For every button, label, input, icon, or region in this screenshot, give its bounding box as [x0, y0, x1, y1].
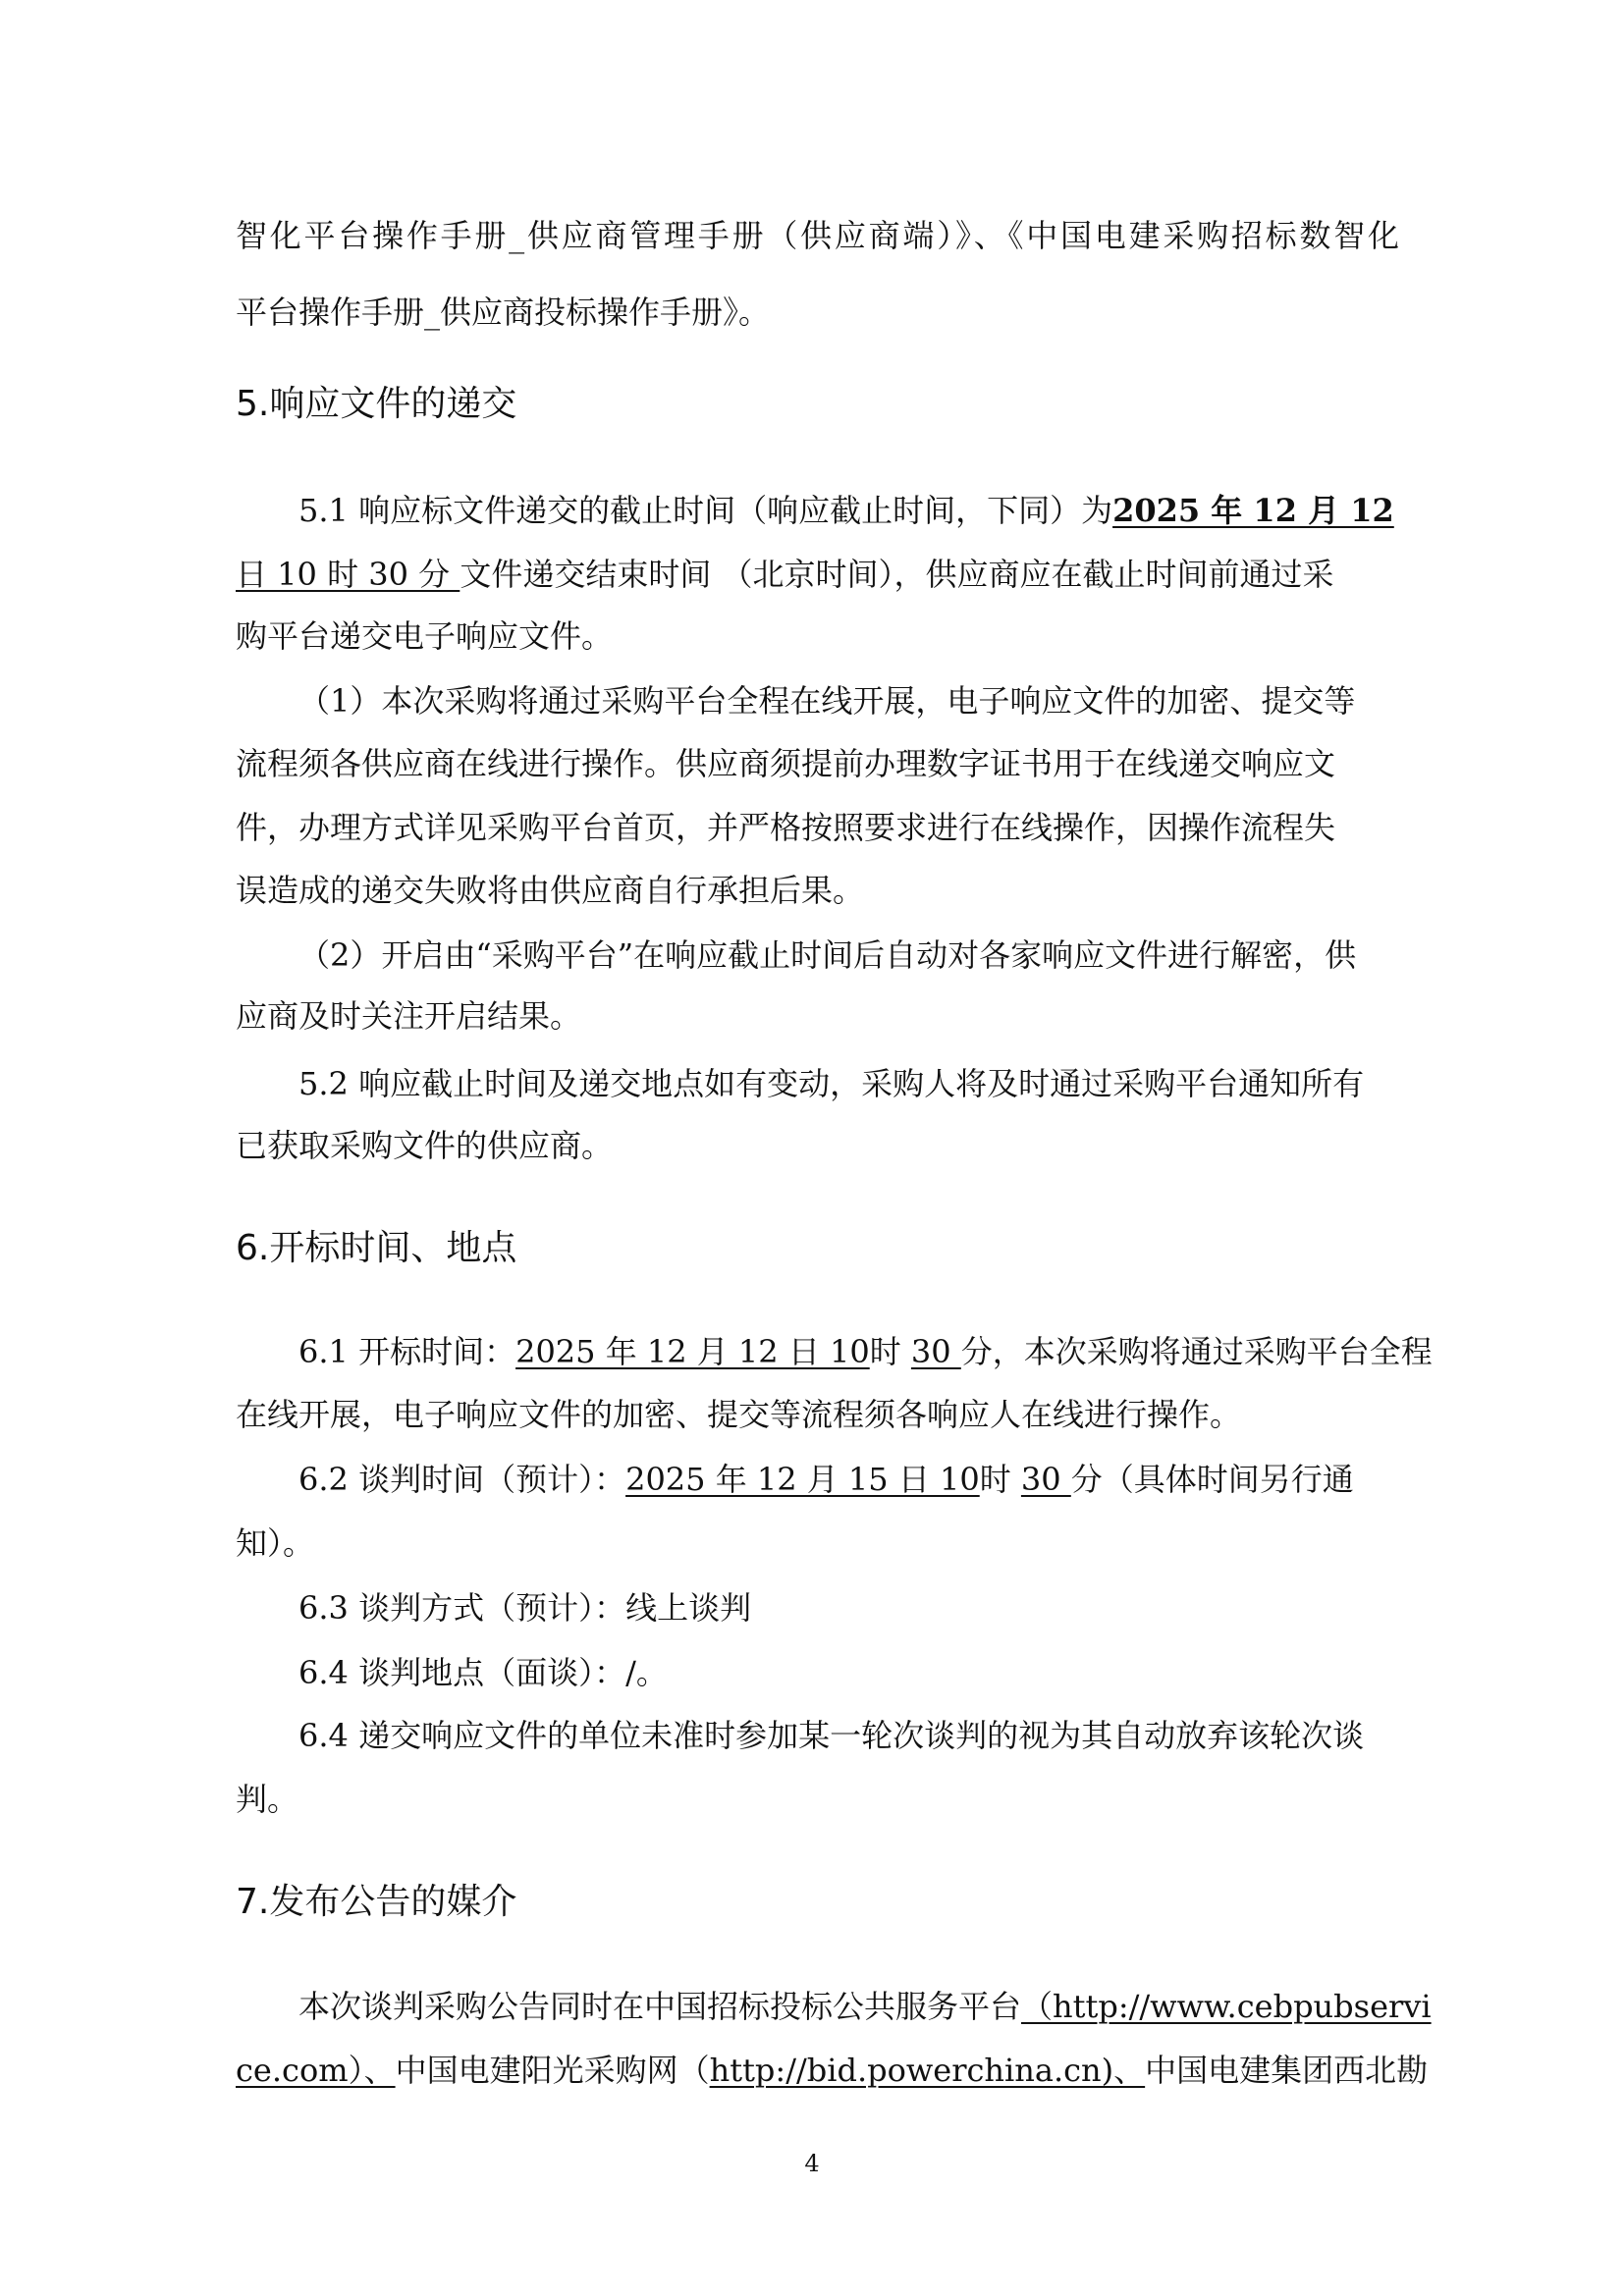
- para-7-prefix: 本次谈判采购公告同时在中国招标投标公共服务平台: [298, 1988, 1021, 2025]
- para-6-3: 6.3 谈判方式（预计）：线上谈判: [298, 1588, 1462, 1628]
- negotiation-minute: 30: [1021, 1461, 1071, 1498]
- para-6-1-line-1: 6.1 开标时间：2025 年 12 月 12 日 10时 30 分，本次采购将…: [298, 1332, 1462, 1371]
- para-6-2-line-1: 6.2 谈判时间（预计）：2025 年 12 月 15 日 10时 30 分（具…: [298, 1460, 1462, 1499]
- para-6-4b-line-1: 6.4 递交响应文件的单位未准时参加某一轮次谈判的视为其自动放弃该轮次谈: [298, 1716, 1462, 1755]
- para-6-4b-line-2: 判。: [236, 1780, 1399, 1819]
- para-5-2-line-2: 已获取采购文件的供应商。: [236, 1126, 1399, 1165]
- section-7-heading: 7.发布公告的媒介: [236, 1881, 516, 1924]
- hour-label: 时: [980, 1461, 1021, 1498]
- para-5-1-line-3: 购平台递交电子响应文件。: [236, 616, 1399, 656]
- item-2-line-2: 应商及时关注开启结果。: [236, 996, 1399, 1036]
- deadline-time: 日 10 时 30 分: [236, 556, 460, 593]
- cebpubservice-link-cont[interactable]: ce.com）、: [236, 2052, 396, 2089]
- opening-minute: 30: [911, 1333, 961, 1370]
- para-5-1-line-1: 5.1 响应标文件递交的截止时间（响应截止时间，下同）为2025 年 12 月 …: [298, 491, 1399, 530]
- deadline-date: 2025 年 12 月 12: [1112, 492, 1394, 529]
- intro-line-1: 智化平台操作手册_供应商管理手册（供应商端）》、《中国电建采购招标数智化: [236, 216, 1399, 255]
- para-6-1-prefix: 6.1 开标时间：: [298, 1333, 515, 1370]
- para-5-1-suffix: 文件递交结束时间 （北京时间），供应商应在截止时间前通过采: [460, 556, 1333, 593]
- powerchina-link[interactable]: http://bid.powerchina.cn)、: [710, 2052, 1146, 2089]
- para-7-line-1: 本次谈判采购公告同时在中国招标投标公共服务平台（http://www.cebpu…: [298, 1987, 1462, 2026]
- para-5-1-line-2: 日 10 时 30 分 文件递交结束时间 （北京时间），供应商应在截止时间前通过…: [236, 555, 1399, 594]
- para-6-4: 6.4 谈判地点（面谈）：/。: [298, 1653, 1462, 1692]
- para-7-line-2: ce.com）、中国电建阳光采购网（http://bid.powerchina.…: [236, 2051, 1399, 2090]
- para-5-2-line-1: 5.2 响应截止时间及递交地点如有变动，采购人将及时通过采购平台通知所有: [298, 1064, 1462, 1103]
- opening-date: 2025 年 12 月 12 日 10: [515, 1333, 870, 1370]
- item-1-line-4: 误造成的递交失败将由供应商自行承担后果。: [236, 871, 1399, 910]
- para-6-1-suffix: 分，本次采购将通过采购平台全程: [961, 1333, 1433, 1370]
- section-6-heading: 6.开标时间、地点: [236, 1227, 516, 1270]
- para-6-1-line-2: 在线开展，电子响应文件的加密、提交等流程须各响应人在线进行操作。: [236, 1395, 1399, 1434]
- para-6-2-suffix: 分（具体时间另行通: [1071, 1461, 1354, 1498]
- para-7-suffix: 中国电建集团西北勘: [1145, 2052, 1428, 2089]
- item-1-line-1: （1）本次采购将通过采购平台全程在线开展，电子响应文件的加密、提交等: [298, 681, 1462, 721]
- cebpubservice-link[interactable]: （http://www.cebpubservi: [1021, 1988, 1432, 2025]
- intro-line-2: 平台操作手册_供应商投标操作手册》。: [236, 293, 1399, 332]
- section-5-heading: 5.响应文件的递交: [236, 383, 516, 426]
- item-2-line-1: （2）开启由“采购平台”在响应截止时间后自动对各家响应文件进行解密，供: [298, 935, 1462, 975]
- item-1-line-3: 件，办理方式详见采购平台首页，并严格按照要求进行在线操作，因操作流程失: [236, 808, 1399, 847]
- negotiation-date: 2025 年 12 月 15 日 10: [625, 1461, 980, 1498]
- para-6-2-prefix: 6.2 谈判时间（预计）：: [298, 1461, 625, 1498]
- para-5-1-prefix: 5.1 响应标文件递交的截止时间（响应截止时间，下同）为: [298, 492, 1112, 529]
- para-7-mid: 中国电建阳光采购网（: [396, 2052, 710, 2089]
- hour-label: 时: [870, 1333, 911, 1370]
- page-number: 4: [0, 2150, 1624, 2177]
- para-6-2-line-2: 知）。: [236, 1523, 1399, 1563]
- item-1-line-2: 流程须各供应商在线进行操作。供应商须提前办理数字证书用于在线递交响应文: [236, 744, 1399, 783]
